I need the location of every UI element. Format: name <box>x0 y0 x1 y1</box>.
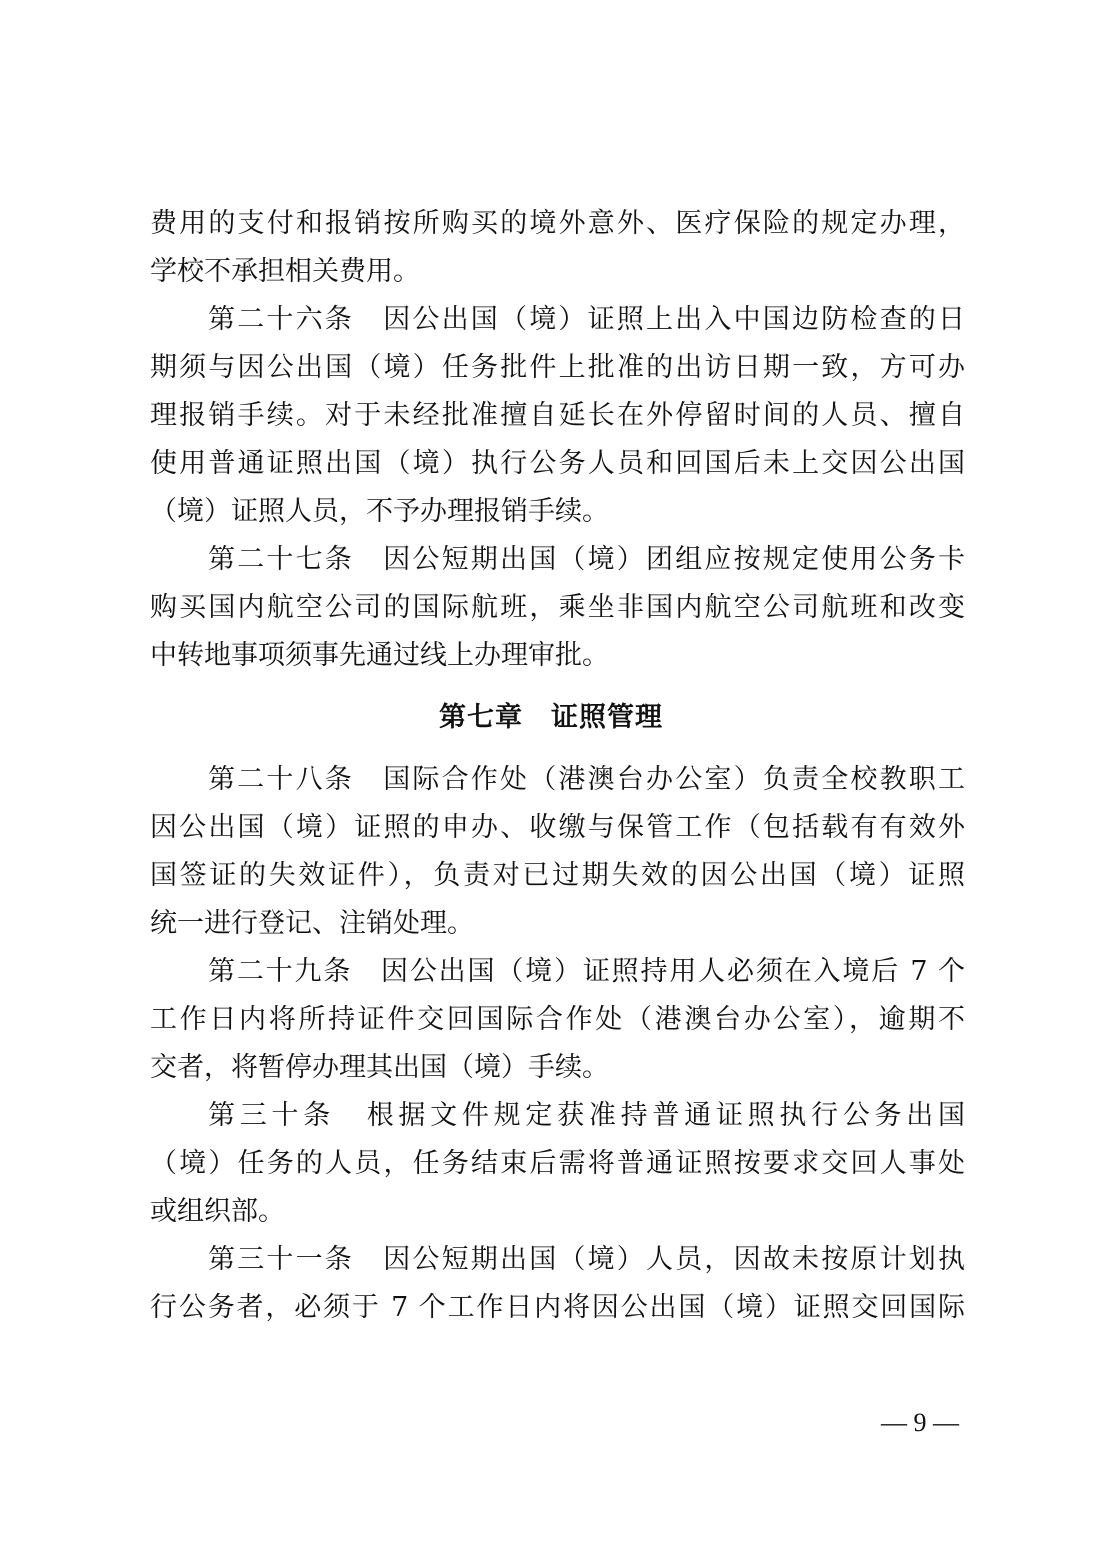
paragraph-line: 中转地事项须事先通过线上办理审批。 <box>150 636 965 676</box>
paragraph-line: 期须与因公出国（境）任务批件上批准的出访日期一致，方可办 <box>150 348 965 388</box>
paragraph-line: （境）证照人员，不予办理报销手续。 <box>150 492 965 532</box>
paragraph-line: 使用普通证照出国（境）执行公务人员和回国后未上交因公出国 <box>150 444 965 484</box>
paragraph-line: 购买国内航空公司的国际航班，乘坐非国内航空公司航班和改变 <box>150 588 965 628</box>
article-first-line: 第三十一条 因公短期出国（境）人员，因故未按原计划执 <box>208 1240 965 1280</box>
paragraph-line: 国签证的失效证件），负责对已过期失效的因公出国（境）证照 <box>150 856 965 896</box>
article-first-line: 第二十九条 因公出国（境）证照持用人必须在入境后 7 个 <box>208 952 965 992</box>
chapter-heading: 第七章 证照管理 <box>0 698 1102 738</box>
paragraph-line: 费用的支付和报销按所购买的境外意外、医疗保险的规定办理， <box>150 204 965 244</box>
paragraph-line: 或组织部。 <box>150 1192 965 1232</box>
article-first-line: 第二十八条 国际合作处（港澳台办公室）负责全校教职工 <box>208 760 965 800</box>
article-first-line: 第二十六条 因公出国（境）证照上出入中国边防检查的日 <box>208 300 965 340</box>
document-page: 费用的支付和报销按所购买的境外意外、医疗保险的规定办理，学校不承担相关费用。第二… <box>0 0 1102 1559</box>
page-number: — 9 — <box>870 1408 970 1438</box>
paragraph-line: 学校不承担相关费用。 <box>150 252 965 292</box>
paragraph-line: 交者，将暂停办理其出国（境）手续。 <box>150 1048 965 1088</box>
paragraph-line: 统一进行登记、注销处理。 <box>150 904 965 944</box>
article-first-line: 第三十条 根据文件规定获准持普通证照执行公务出国 <box>208 1096 965 1136</box>
paragraph-line: 行公务者，必须于 7 个工作日内将因公出国（境）证照交回国际 <box>150 1288 965 1328</box>
paragraph-line: 理报销手续。对于未经批准擅自延长在外停留时间的人员、擅自 <box>150 396 965 436</box>
paragraph-line: （境）任务的人员，任务结束后需将普通证照按要求交回人事处 <box>150 1144 965 1184</box>
paragraph-line: 工作日内将所持证件交回国际合作处（港澳台办公室），逾期不 <box>150 1000 965 1040</box>
paragraph-line: 因公出国（境）证照的申办、收缴与保管工作（包括载有有效外 <box>150 808 965 848</box>
article-first-line: 第二十七条 因公短期出国（境）团组应按规定使用公务卡 <box>208 540 965 580</box>
